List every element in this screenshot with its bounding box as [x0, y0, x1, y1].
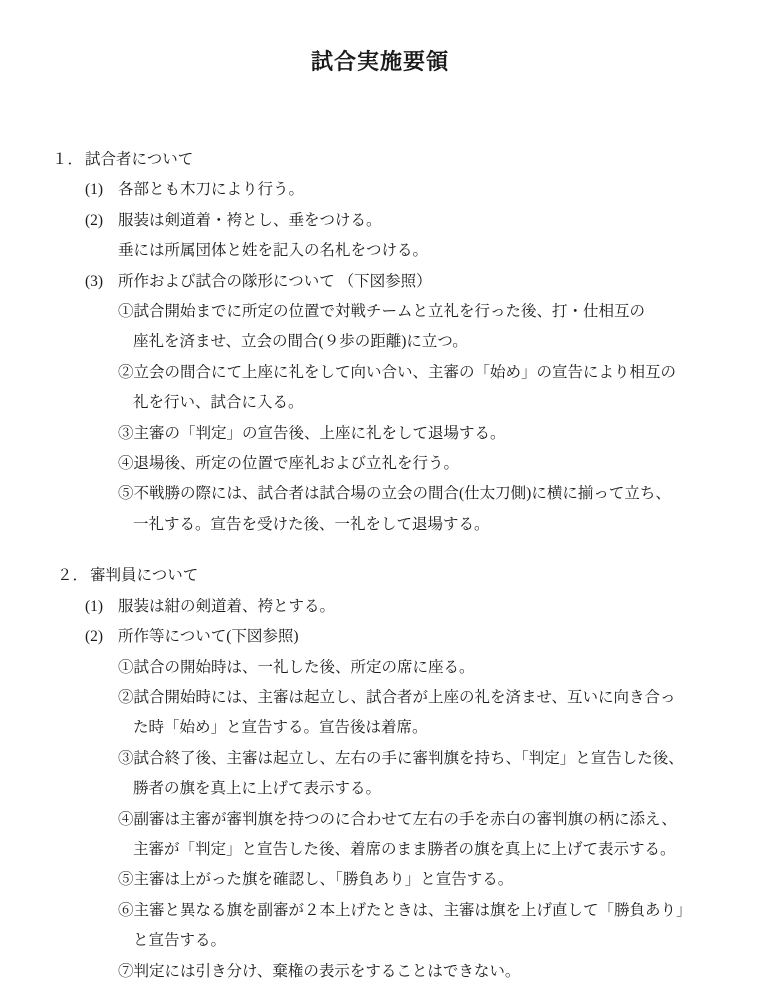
sub-item-continuation: 勝者の旗を真上に上げて表示する。 — [0, 774, 760, 804]
section-number: １． — [52, 145, 85, 175]
list-item: (1)服装は紺の剣道着、袴とする。 — [0, 592, 760, 622]
line-text: 服装は紺の剣道着、袴とする。 — [118, 598, 335, 615]
document-page: 試合実施要領 １．試合者について (1)各部とも木刀により行う。 (2)服装は剣… — [0, 0, 760, 1006]
item-number: (2) — [85, 206, 118, 236]
line-text: ②立会の間合にて上座に礼をして向い合い、主審の「始め」の宣告により相互の — [118, 364, 676, 381]
line-text: 勝者の旗を真上に上げて表示する。 — [133, 780, 381, 797]
sub-item: ③試合終了後、主審は起立し、左右の手に審判旗を持ち、「判定」と宣告した後、 — [0, 744, 760, 774]
list-item: (1)各部とも木刀により行う。 — [0, 175, 760, 205]
sub-item: ⑦判定には引き分け、棄権の表示をすることはできない。 — [0, 957, 760, 987]
line-text: ③試合終了後、主審は起立し、左右の手に審判旗を持ち、「判定」と宣告した後、 — [118, 750, 684, 767]
sub-item: ⑥主審と異なる旗を副審が２本上げたときは、主審は旗を上げ直して「勝負あり」 — [0, 896, 760, 926]
item-number: (3) — [85, 267, 118, 297]
sub-item: ③主審の「判定」の宣告後、上座に礼をして退場する。 — [0, 419, 760, 449]
sub-item: ②試合開始時には、主審は起立し、試合者が上座の礼を済ませ、互いに向き合っ — [0, 683, 760, 713]
sub-item: ⑤不戦勝の際には、試合者は試合場の立会の間合(仕太刀側)に横に揃って立ち、 — [0, 479, 760, 509]
line-text: ④副審は主審が審判旗を持つのに合わせて左右の手を赤白の審判旗の柄に添え、 — [118, 811, 677, 828]
line-text: 一礼する。宣告を受けた後、一礼をして退場する。 — [133, 516, 490, 533]
line-text: ⑥主審と異なる旗を副審が２本上げたときは、主審は旗を上げ直して「勝負あり」 — [118, 902, 692, 919]
sub-item: ④副審は主審が審判旗を持つのに合わせて左右の手を赤白の審判旗の柄に添え、 — [0, 805, 760, 835]
line-text: ①試合開始までに所定の位置で対戦チームと立礼を行った後、打・仕相互の — [118, 303, 645, 320]
item-number: (2) — [85, 622, 118, 652]
line-text: と宣告する。 — [133, 932, 226, 949]
sub-item-continuation: 座礼を済ませ、立会の間合(９歩の距離)に立つ。 — [0, 327, 760, 357]
list-item: (2)所作等について(下図参照) — [0, 622, 760, 652]
section-heading: １．試合者について — [0, 145, 760, 175]
section-heading: ２．審判員について — [0, 561, 760, 591]
section-heading-text: 審判員について — [90, 567, 198, 584]
line-text: 服装は剣道着・袴とし、垂をつける。 — [118, 212, 382, 229]
line-text: ③主審の「判定」の宣告後、上座に礼をして退場する。 — [118, 425, 506, 442]
sub-item: ①試合開始までに所定の位置で対戦チームと立礼を行った後、打・仕相互の — [0, 297, 760, 327]
line-text: ④退場後、所定の位置で座礼および立礼を行う。 — [118, 455, 459, 472]
list-item: (2)服装は剣道着・袴とし、垂をつける。 — [0, 206, 760, 236]
line-text: 各部とも木刀により行う。 — [118, 181, 304, 198]
sub-item: ④退場後、所定の位置で座礼および立礼を行う。 — [0, 449, 760, 479]
line-text: ①試合の開始時は、一礼した後、所定の席に座る。 — [118, 659, 475, 676]
sub-item: ②立会の間合にて上座に礼をして向い合い、主審の「始め」の宣告により相互の — [0, 358, 760, 388]
item-number: (1) — [85, 592, 118, 622]
line-text: 主審が「判定」と宣告した後、着席のまま勝者の旗を真上に上げて表示する。 — [133, 841, 676, 858]
item-number: (1) — [85, 175, 118, 205]
line-text: 垂には所属団体と姓を記入の名札をつける。 — [118, 242, 428, 259]
section-heading-text: 試合者について — [85, 151, 193, 168]
line-text: ②試合開始時には、主審は起立し、試合者が上座の礼を済ませ、互いに向き合っ — [118, 689, 676, 706]
line-text: 礼を行い、試合に入る。 — [133, 394, 304, 411]
line-text: 所作等について(下図参照) — [118, 628, 299, 645]
sub-item-continuation: た時「始め」と宣告する。宣告後は着席。 — [0, 713, 760, 743]
sub-item: ⑤主審は上がった旗を確認し、「勝負あり」と宣告する。 — [0, 865, 760, 895]
section-number: ２． — [57, 561, 90, 591]
line-text: ⑤不戦勝の際には、試合者は試合場の立会の間合(仕太刀側)に横に揃って立ち、 — [118, 485, 671, 502]
page-title: 試合実施要領 — [0, 48, 760, 76]
sub-item-continuation: 一礼する。宣告を受けた後、一礼をして退場する。 — [0, 510, 760, 540]
document-body: １．試合者について (1)各部とも木刀により行う。 (2)服装は剣道着・袴とし、… — [0, 145, 760, 987]
line-text: 座礼を済ませ、立会の間合(９歩の距離)に立つ。 — [133, 333, 468, 350]
sub-item-continuation: と宣告する。 — [0, 926, 760, 956]
list-item: (3)所作および試合の隊形について （下図参照） — [0, 267, 760, 297]
line-text: 所作および試合の隊形について （下図参照） — [118, 273, 432, 290]
line-text: た時「始め」と宣告する。宣告後は着席。 — [133, 719, 428, 736]
sub-item-continuation: 礼を行い、試合に入る。 — [0, 388, 760, 418]
sub-item: ①試合の開始時は、一礼した後、所定の席に座る。 — [0, 653, 760, 683]
sub-item-continuation: 主審が「判定」と宣告した後、着席のまま勝者の旗を真上に上げて表示する。 — [0, 835, 760, 865]
line-text: ⑤主審は上がった旗を確認し、「勝負あり」と宣告する。 — [118, 871, 513, 888]
line-text: ⑦判定には引き分け、棄権の表示をすることはできない。 — [118, 963, 520, 980]
list-item-continuation: 垂には所属団体と姓を記入の名札をつける。 — [0, 236, 760, 266]
